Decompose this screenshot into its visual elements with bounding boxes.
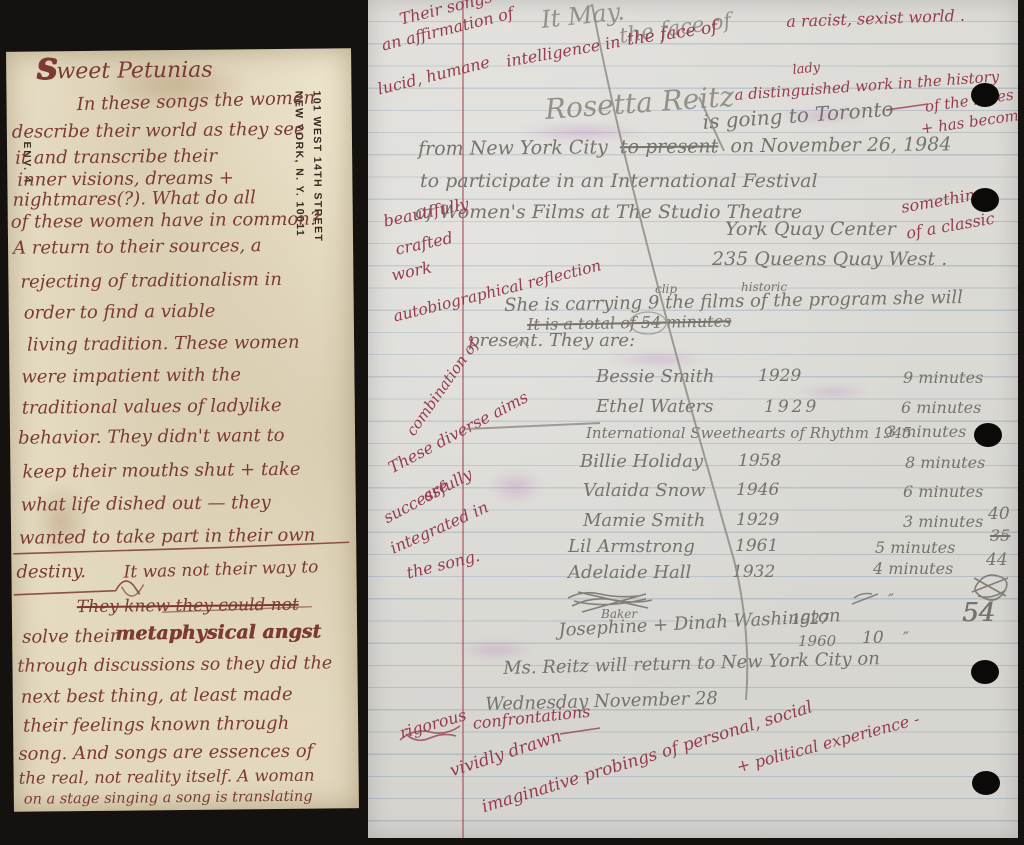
from-nyc: from New York City xyxy=(418,136,608,160)
manuscript-line: wanted to take part in their own xyxy=(19,527,315,548)
pencil-insert: clip xyxy=(655,283,677,295)
film-year: 1960 xyxy=(798,634,836,649)
film-name: Mamie Smith xyxy=(583,512,705,530)
red-annotation: rigorous xyxy=(398,707,468,741)
pencil-line: York Quay Center xyxy=(725,220,896,239)
inserted-phrase: It was not their way to xyxy=(123,559,318,581)
red-insert-lady: lady xyxy=(792,61,821,77)
manuscript-line: their feelings known through xyxy=(23,715,289,736)
pencil-line: present. They are: xyxy=(468,332,635,350)
ditto-mark: ″ xyxy=(903,630,909,646)
pencil-insert: Baker xyxy=(601,608,637,620)
film-name: International Sweethearts of Rhythm 1945 xyxy=(586,426,912,441)
tally-value: 40 xyxy=(988,506,1010,523)
film-name: Ethel Waters xyxy=(596,398,714,416)
film-name: Lil Armstrong xyxy=(568,538,695,556)
punch-hole xyxy=(971,83,999,107)
overwritten-phrase: metaphysical angst xyxy=(115,623,321,644)
red-annotation: intelligence in xyxy=(505,34,622,70)
film-year: 1946 xyxy=(736,482,779,499)
struck-to-present: to present xyxy=(620,135,719,158)
right-manuscript-page: It May. the face of Their songs are an a… xyxy=(368,0,1018,838)
manuscript-line: what life dished out — they xyxy=(21,494,271,515)
film-duration: 8 minutes xyxy=(905,455,985,471)
punch-hole xyxy=(972,771,1000,795)
pencil-insert: historic xyxy=(741,281,787,293)
manuscript-line: keep their mouths shut + take xyxy=(22,461,300,482)
ditto-mark: ″ xyxy=(888,592,894,608)
punch-hole xyxy=(974,423,1002,447)
manuscript-line: living tradition. These women xyxy=(27,334,300,355)
manuscript-line: were impatient with the xyxy=(21,366,241,386)
film-year: 1958 xyxy=(738,453,781,470)
manuscript-line: behavior. They didn't want to xyxy=(18,427,285,448)
pencil-ghost-it-may: It May. xyxy=(540,0,626,32)
punch-hole xyxy=(971,188,999,212)
red-annotation: of a classic xyxy=(905,210,996,241)
total-minutes: 54 xyxy=(962,600,995,626)
title-rest: weet Petunias xyxy=(56,58,212,85)
film-duration: 10 xyxy=(862,630,884,647)
film-year: 1929 xyxy=(758,368,801,385)
film-name: Valaida Snow xyxy=(583,482,705,500)
film-duration: 9 minutes xyxy=(903,370,983,386)
pencil-line: from New York City to present on Novembe… xyxy=(418,135,951,159)
film-duration: 6 minutes xyxy=(901,400,981,416)
manuscript-line: In these songs the women xyxy=(76,89,315,114)
red-annotation: crafted xyxy=(394,230,454,258)
manuscript-line: the real, not reality itself. A woman xyxy=(19,768,315,788)
red-annotation: a racist, sexist world . xyxy=(786,8,965,30)
manuscript-line: describe their world as they see xyxy=(12,121,305,142)
solve-prefix: solve their xyxy=(22,628,118,647)
film-duration: 6 minutes xyxy=(903,484,983,500)
manuscript-line: of these women have in common? xyxy=(11,211,320,232)
destiny-word: destiny. xyxy=(16,563,86,582)
film-duration: 4 minutes xyxy=(873,561,953,577)
film-year: 1929 xyxy=(764,399,819,416)
archive-scan: { "colors": {"ink_maroon":"#7b3a33","ink… xyxy=(0,0,1024,845)
pencil-line: 235 Queens Quay West . xyxy=(712,250,947,269)
punch-hole xyxy=(971,660,999,684)
film-year: 1932 xyxy=(732,564,775,581)
red-annotation: vividly drawn xyxy=(448,728,564,780)
pencil-line: to participate in an International Festi… xyxy=(420,172,818,191)
on-november: on November 26, 1984 xyxy=(730,133,951,157)
red-annotation: the song. xyxy=(405,548,481,582)
film-name: Billie Holiday xyxy=(580,453,703,471)
manuscript-line: inner visions, dreams + xyxy=(17,169,234,189)
manuscript-line: traditional values of ladylike xyxy=(22,397,282,418)
film-year: 1961 xyxy=(735,538,778,555)
manuscript-line: order to find a viable xyxy=(24,303,216,323)
left-manuscript-page: ENV. 4 101 WEST 14TH STREET NEW YORK, N.… xyxy=(6,48,359,812)
struck-phrase: They knew they could not xyxy=(77,597,299,616)
pencil-line: Ms. Reitz will return to New York City o… xyxy=(503,650,880,678)
film-year: 1927 xyxy=(791,612,829,627)
film-year: 1929 xyxy=(736,512,779,529)
film-duration: 3 minutes xyxy=(886,424,966,440)
struck-tally: 35 xyxy=(990,528,1010,544)
erased-smudge xyxy=(608,352,708,367)
film-duration: 3 minutes xyxy=(903,514,983,530)
red-annotation: lucid, humane xyxy=(376,54,491,97)
film-name: Adelaide Hall xyxy=(568,564,691,582)
manuscript-line: it and transcribe their xyxy=(15,148,217,168)
pencil-line: She is carrying 9 the films of the progr… xyxy=(504,289,963,315)
manuscript-line: song. And songs are essences of xyxy=(18,743,313,764)
manuscript-line: rejecting of traditionalism in xyxy=(20,271,282,292)
film-name: Bessie Smith xyxy=(596,368,714,386)
manuscript-line: through discussions so they did the xyxy=(17,655,332,676)
film-duration: 5 minutes xyxy=(875,540,955,556)
manuscript-line: nightmares(?). What do all xyxy=(12,189,255,210)
erased-smudge xyxy=(488,470,543,504)
manuscript-title: Sweet Petunias xyxy=(36,54,213,84)
manuscript-line: A return to their sources, a xyxy=(13,237,262,258)
tally-value: 44 xyxy=(986,552,1008,569)
manuscript-line: next best thing, at least made xyxy=(21,686,293,707)
manuscript-line: on a stage singing a song is translating xyxy=(24,790,313,808)
title-initial-blot: S xyxy=(36,52,57,85)
red-annotation: work xyxy=(390,260,433,284)
